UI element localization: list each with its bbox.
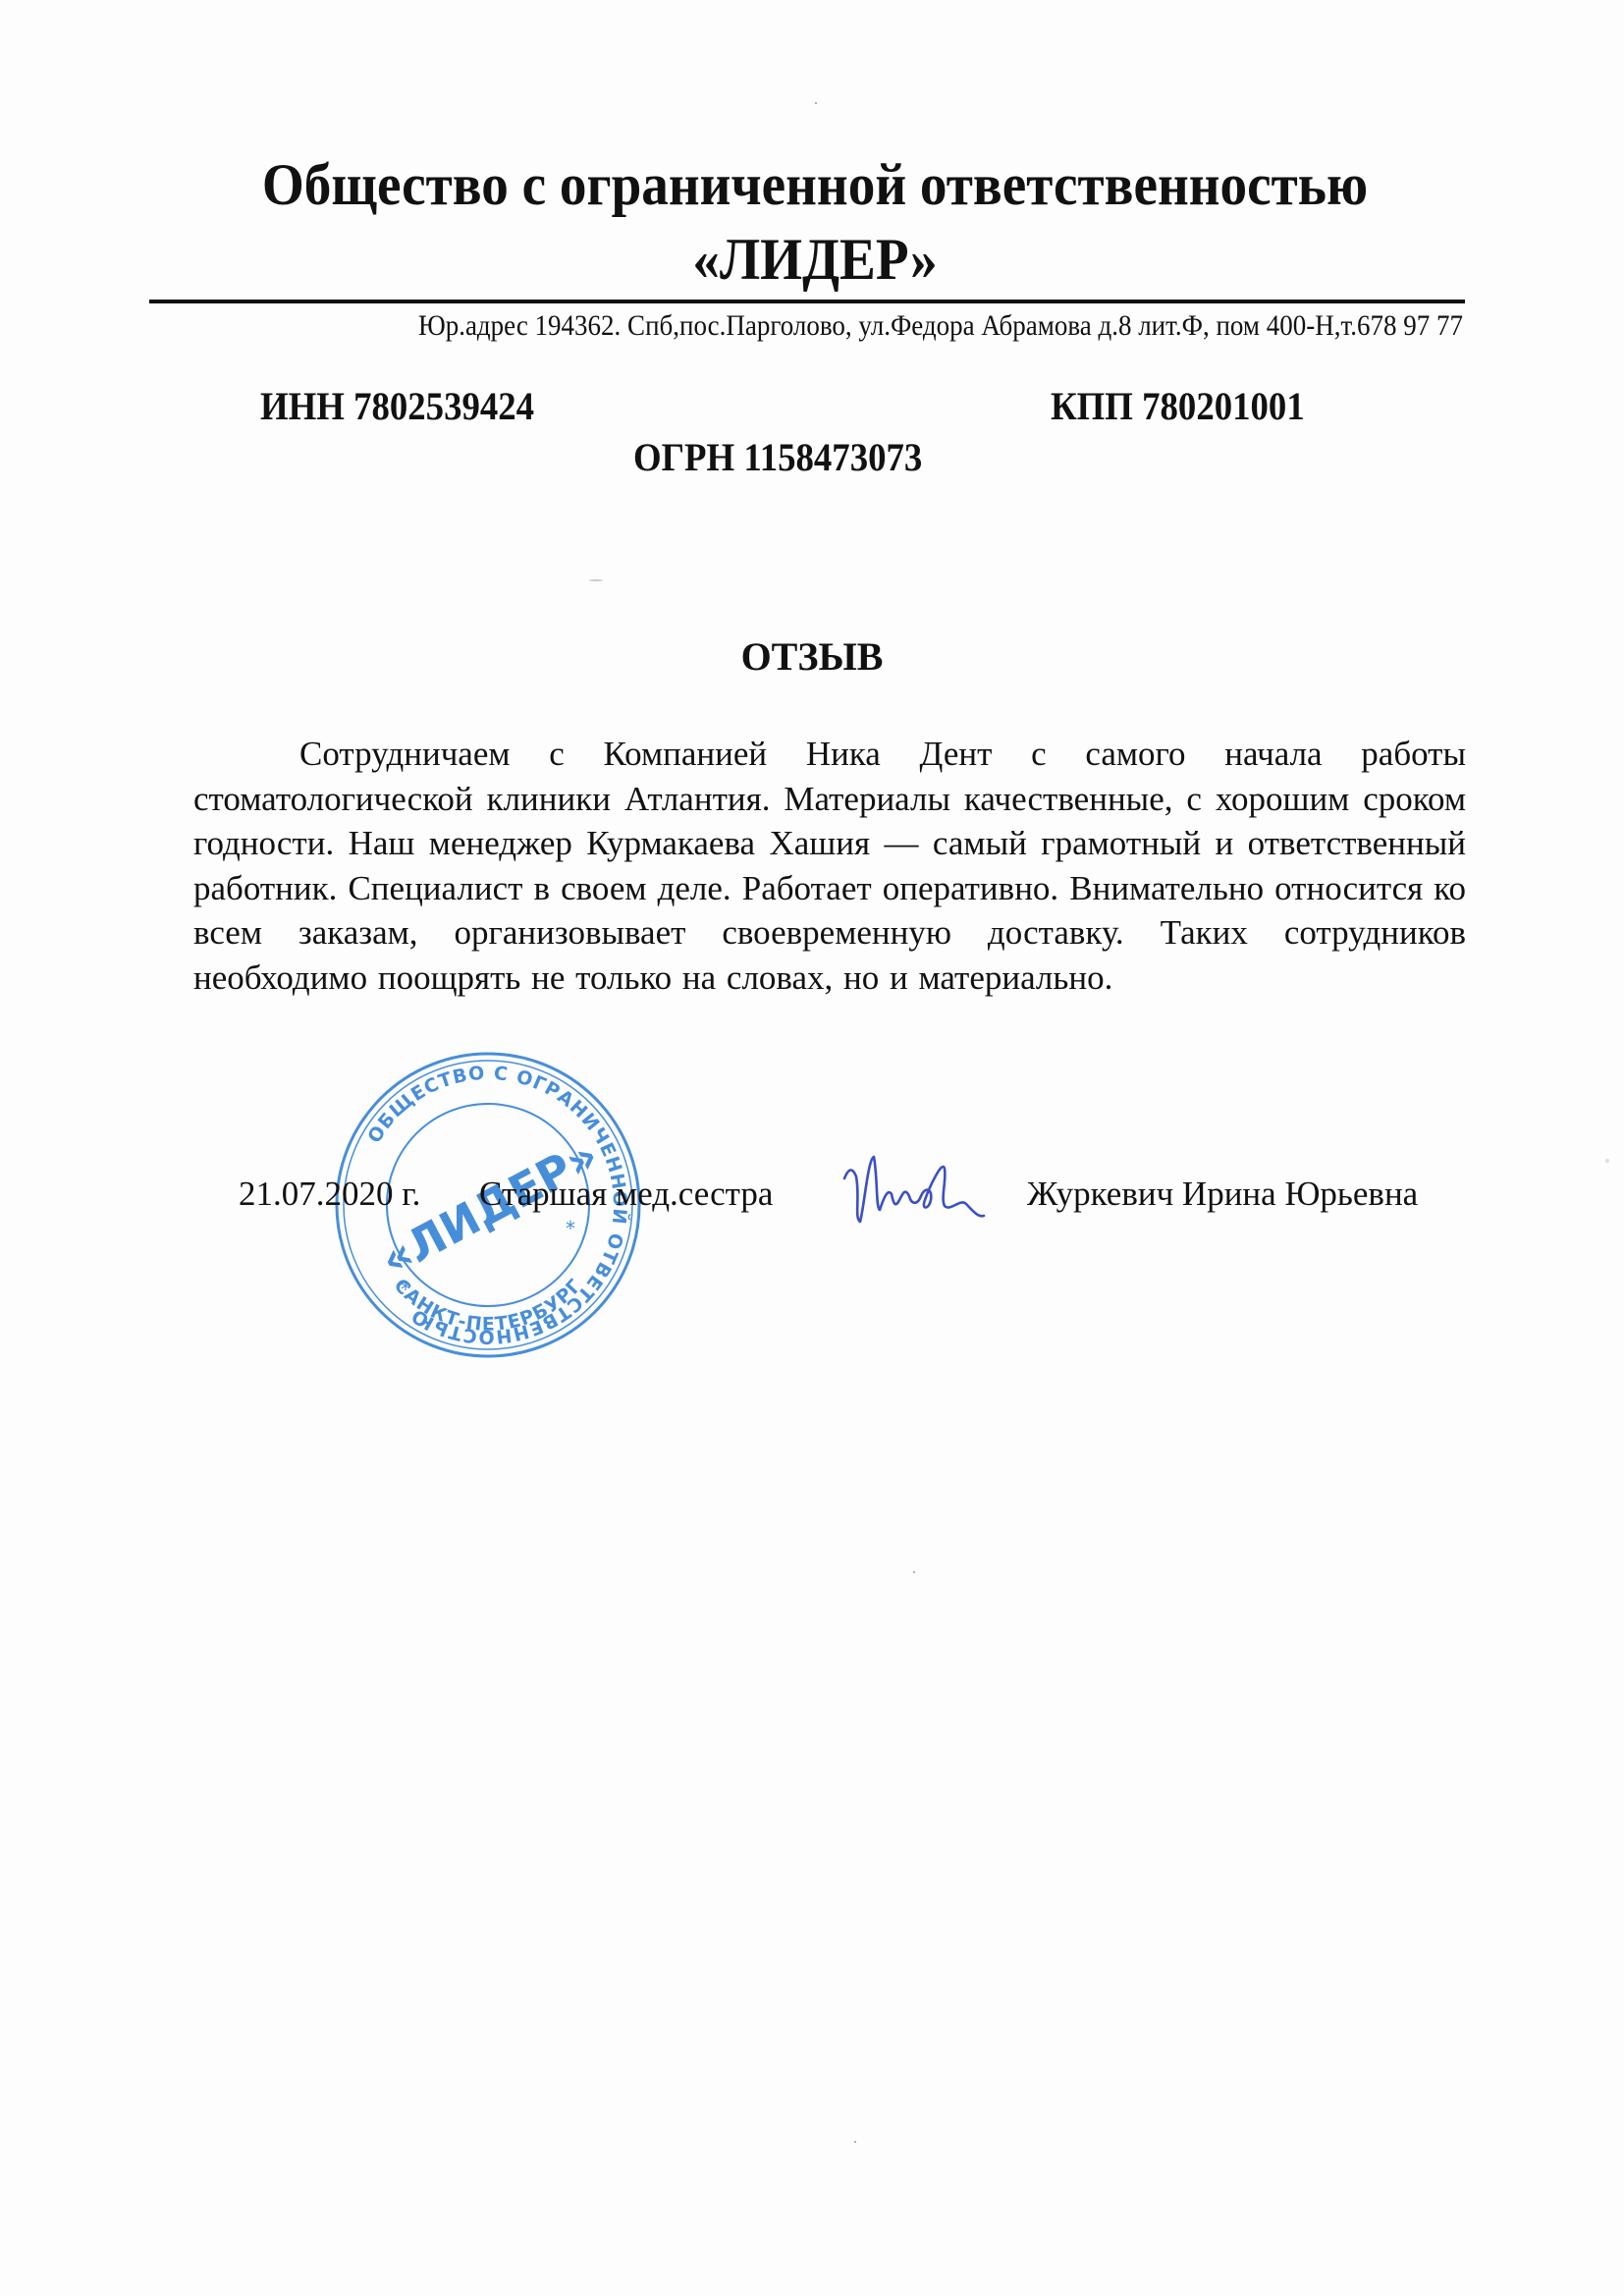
- company-address: Юр.адрес 194362. Спб,пос.Парголово, ул.Ф…: [279, 306, 1463, 346]
- scan-speck: [589, 579, 603, 581]
- scan-speck: [815, 102, 817, 104]
- scan-speck: [1605, 1159, 1609, 1163]
- company-name-line1: Общество с ограниченной ответственностью: [262, 152, 1368, 217]
- signer-name: Журкевич Ирина Юрьевна: [1027, 1172, 1418, 1216]
- company-kpp: КПП 780201001: [1051, 383, 1305, 430]
- signature-row: 21.07.2020 г. Старшая мед.сестра Журкеви…: [0, 1172, 1624, 1221]
- company-name-heading: Общество с ограниченной ответственностью…: [200, 147, 1429, 297]
- signature-date: 21.07.2020 г.: [239, 1172, 420, 1216]
- handwritten-signature-icon: [835, 1149, 1001, 1237]
- signer-position: Старшая мед.сестра: [479, 1172, 773, 1216]
- scan-speck: [854, 2141, 856, 2143]
- company-inn: ИНН 7802539424: [260, 383, 534, 430]
- review-body-text: Сотрудничаем с Компанией Ника Дент с сам…: [193, 732, 1466, 1000]
- letterhead-divider: [149, 300, 1465, 303]
- company-ogrn: ОГРН 1158473073: [633, 434, 922, 481]
- document-page: Общество с ограниченной ответственностью…: [0, 0, 1624, 2296]
- document-title: ОТЗЫВ: [0, 633, 1624, 681]
- company-name-line2: «ЛИДЕР»: [200, 222, 1429, 297]
- scan-speck: [913, 1571, 915, 1573]
